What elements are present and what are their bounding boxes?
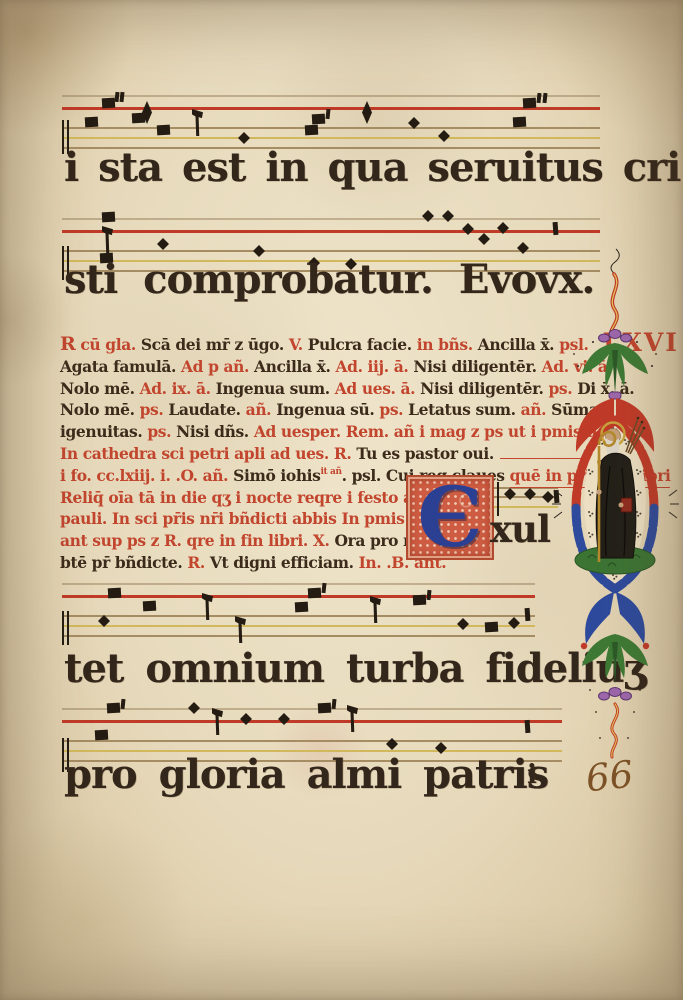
- purple-flower-bottom: [599, 688, 632, 701]
- neume-sq: [308, 588, 322, 599]
- rubric-segment: Ad. iij. ā.: [336, 356, 414, 378]
- neume-sq: [102, 212, 116, 223]
- neume-sq: [95, 730, 109, 741]
- rubric-segment: Simō iohis: [233, 465, 320, 487]
- top-filament: [611, 249, 619, 274]
- staff-line-faint: [62, 95, 600, 97]
- neume-sq: [102, 98, 116, 109]
- neume-di: [457, 618, 469, 630]
- neume-sq: [108, 588, 122, 599]
- rubric-segment: Ad p añ.: [181, 356, 254, 378]
- neume-sq: [312, 114, 326, 125]
- neume-tk: [536, 93, 541, 103]
- rubric-segment: Ancilla x̄.: [254, 356, 335, 378]
- rubric-segment: Vt digni efficiam.: [210, 552, 359, 574]
- rubric-segment: Nisi diligentēr.: [420, 378, 548, 400]
- neume-di: [422, 210, 434, 222]
- rubric-segment: Pulcra facie.: [308, 334, 417, 356]
- rubric-line: Agata famulā. Ad p añ. Ancilla x̄. Ad. i…: [60, 356, 605, 378]
- neume-cm: [347, 705, 358, 732]
- rubric-segment: Ad ues. ā.: [335, 378, 420, 400]
- neume-cu: [553, 222, 559, 235]
- neume-bar: [62, 611, 69, 645]
- staff-line-red: [62, 230, 600, 233]
- rubric-segment: cū gla.: [75, 334, 140, 356]
- neume-td: [362, 101, 372, 124]
- rubric-segment: Scā dei mr̄ z ūgo.: [141, 334, 289, 356]
- rubric-segment: Nolo mē.: [60, 378, 140, 400]
- neume-sq: [85, 117, 99, 128]
- rubric-segment: ps.: [379, 399, 408, 421]
- rubric-segment: pauli. In sci pr̄is nr̄i bñdicti abbis I…: [60, 508, 453, 530]
- rubric-segment: Letatus sum.: [408, 399, 521, 421]
- rubric-segment: Tu es pastor oui.: [356, 443, 494, 465]
- staff-line-brown: [62, 615, 535, 617]
- staff-line-faint: [62, 708, 562, 710]
- illuminated-initial-E: Є: [408, 477, 492, 558]
- staff-3: [62, 583, 535, 639]
- rubric-line: ant sup ps z R. qre in fin libri. X. Ora…: [60, 530, 408, 552]
- neume-sq: [107, 703, 121, 714]
- neume-sq: [513, 117, 527, 128]
- neume-tk: [119, 92, 124, 102]
- neume-tk: [321, 583, 326, 593]
- rubric-segment: Ingenua sum.: [216, 378, 335, 400]
- neume-sq: [485, 622, 499, 633]
- neume-di: [188, 702, 200, 714]
- purple-band-top: [609, 392, 621, 399]
- rubric-line: pauli. In sci pr̄is nr̄i bñdicti abbis I…: [60, 508, 408, 530]
- chant-text-xul: xul: [490, 509, 550, 550]
- marginal-illumination: [548, 246, 683, 761]
- rubric-segment: añ.: [246, 399, 277, 421]
- rubric-line: R cū gla. Scā dei mr̄ z ūgo. V. Pulcra f…: [60, 334, 605, 356]
- rubric-segment: in bñs.: [417, 334, 478, 356]
- rubric-segment: i fo. cc.lxiij. i. .O. añ.: [60, 465, 233, 487]
- rubric-segment: Nisi dñs.: [176, 421, 254, 443]
- chant-custos-syllable: i: [527, 761, 536, 790]
- chant-text-line-4: pro gloria almi patris: [64, 753, 548, 797]
- neume-di: [278, 713, 290, 725]
- rubric-line: Nolo mē. ps. Laudate. añ. Ingenua sū. ps…: [60, 399, 605, 421]
- neume-cm: [370, 596, 381, 623]
- staff-1: [62, 95, 600, 151]
- staff-line-brown: [62, 740, 562, 742]
- staff-line-brown: [62, 127, 600, 129]
- rubric-segment: ant sup ps z R. qre in fin libri. X.: [60, 530, 334, 552]
- rubric-line: btē pr̄ bñdicte. R. Vt digni efficiam. I…: [60, 552, 408, 574]
- rubric-segment: Ancilla x̄.: [478, 334, 559, 356]
- neume-tk: [542, 93, 547, 103]
- rubric-line: i fo. cc.lxiij. i. .O. añ. Simō iohisit …: [60, 465, 605, 487]
- neume-cm: [102, 226, 113, 253]
- neume-di: [240, 713, 252, 725]
- neume-sq: [318, 703, 332, 714]
- rubric-line: igenuitas. ps. Nisi dñs. Ad uesper. Rem.…: [60, 421, 605, 443]
- neume-di: [508, 617, 520, 629]
- neume-sq: [305, 125, 319, 136]
- initial-letter-glyph: Є: [410, 479, 490, 556]
- rubric-segment: igenuitas.: [60, 421, 147, 443]
- rubric-segment: it añ: [321, 462, 342, 484]
- staff-line-faint: [62, 583, 535, 585]
- rubric-segment: Ad. ix. ā.: [140, 378, 216, 400]
- rubric-segment: ps.: [140, 399, 169, 421]
- neume-sq: [295, 602, 309, 613]
- neume-sq: [157, 125, 171, 136]
- staff-line-red: [62, 107, 600, 110]
- neume-sq: [413, 595, 427, 606]
- rubric-segment: R.: [187, 552, 209, 574]
- manuscript-page: i sta est in qua seruitus cri sti compro…: [0, 0, 683, 1000]
- neume-cu: [525, 608, 531, 621]
- staff-line-brown: [62, 635, 535, 637]
- rubric-segment: V.: [289, 334, 308, 356]
- rubric-segment: ps.: [147, 421, 176, 443]
- neume-tk: [426, 590, 431, 600]
- neume-di: [238, 132, 250, 144]
- neume-di: [462, 223, 474, 235]
- rubric-segment: Nisi diligentēr.: [413, 356, 541, 378]
- rubric-segment: Nolo mē.: [60, 399, 140, 421]
- rubric-line: Nolo mē. Ad. ix. ā. Ingenua sum. Ad ues.…: [60, 378, 605, 400]
- staff-line-red: [62, 595, 535, 598]
- neume-di: [442, 210, 454, 222]
- chant-text-line-2: sti comprobatur. Evovx.: [64, 258, 594, 302]
- rubric-segment: Ingenua sū.: [276, 399, 379, 421]
- neume-sq: [523, 98, 537, 109]
- purple-flower-top: [599, 330, 632, 343]
- neume-di: [157, 238, 169, 250]
- neume-di: [517, 242, 529, 254]
- rubric-segment: Agata famulā.: [60, 356, 181, 378]
- neume-cm: [192, 109, 203, 136]
- neume-cu: [525, 720, 531, 733]
- rubric-segment: Laudate.: [168, 399, 245, 421]
- neume-di: [478, 233, 490, 245]
- chant-text-line-1: i sta est in qua seruitus cri: [64, 146, 680, 190]
- staff-line-faint: [62, 218, 600, 220]
- neume-tk: [325, 109, 330, 119]
- neume-sq: [143, 601, 157, 612]
- rubric-segment: btē pr̄ bñdicte.: [60, 552, 187, 574]
- neume-cm: [235, 616, 246, 643]
- rubric-segment: R: [60, 334, 75, 356]
- rubric-segment: añ.: [521, 399, 552, 421]
- rubric-segment: In cathedra sci petri apli ad ues.: [60, 443, 334, 465]
- neume-di: [438, 130, 450, 142]
- staff-line-yellow: [62, 137, 600, 139]
- staff-line-red: [62, 720, 562, 723]
